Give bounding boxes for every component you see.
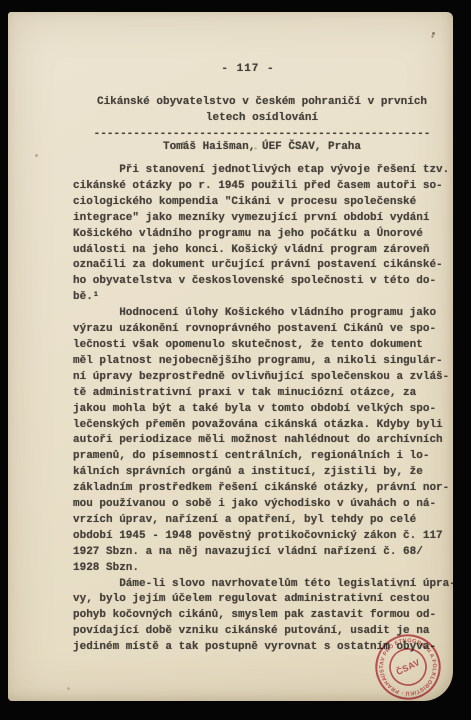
document-page: - 117 - Cikánské obyvatelstvo v českém p… <box>8 12 453 701</box>
page-title: Cikánské obyvatelstvo v českém pohraničí… <box>73 94 451 142</box>
author-line: Tomáš Haišman, ÚEF ČSAV, Praha <box>73 139 451 155</box>
scan-background: - 117 - Cikánské obyvatelstvo v českém p… <box>0 0 471 720</box>
title-line-1: Cikánské obyvatelstvo v českém pohraničí… <box>73 94 451 110</box>
title-line-2: letech osídlování <box>73 110 451 126</box>
page-number: - 117 - <box>73 62 423 76</box>
stamp-center-text: ČSAV <box>394 656 422 677</box>
body-text: Při stanovení jednotlivých etap vývoje ř… <box>73 163 453 656</box>
paper-specks <box>8 12 9 13</box>
